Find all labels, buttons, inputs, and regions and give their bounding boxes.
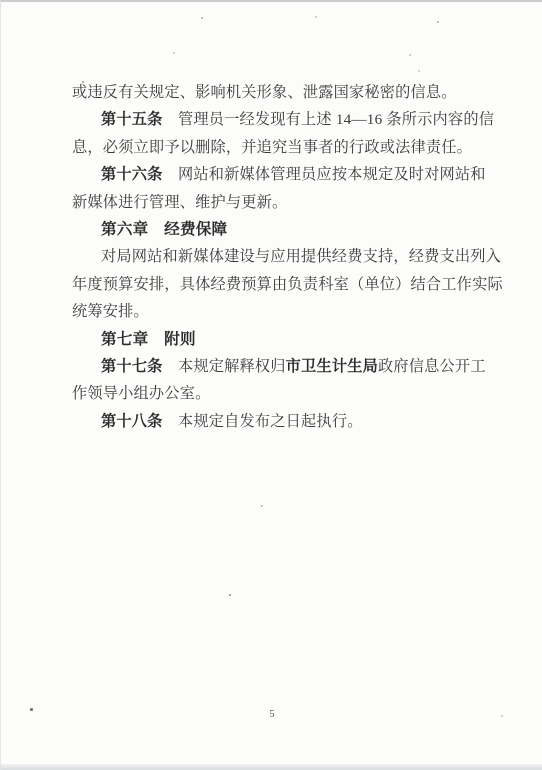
line-segment: 政府信息公开工	[378, 358, 486, 375]
line-segment: 或违反有关规定、影响机关形象、泄露国家秘密的信息。	[72, 84, 457, 101]
text-line: 作领导小组办公室。	[72, 380, 502, 407]
document-page: 或违反有关规定、影响机关形象、泄露国家秘密的信息。第十五条 管理员一经发现有上述…	[0, 0, 542, 770]
line-segment: 第十五条	[101, 111, 163, 128]
text-line: 统筹安排。	[72, 298, 502, 325]
text-line: 或违反有关规定、影响机关形象、泄露国家秘密的信息。	[72, 79, 502, 106]
line-segment: 第十六条	[101, 166, 163, 183]
line-segment: 本规定自发布之日起执行。	[163, 413, 363, 430]
text-line: 年度预算安排，具体经费预算由负责科室（单位）结合工作实际	[72, 271, 502, 298]
line-segment: 市卫生计生局	[286, 358, 378, 375]
text-line: 第十六条 网站和新媒体管理员应按本规定及时对网站和	[72, 161, 502, 188]
scan-speck	[261, 505, 263, 507]
line-segment: 统筹安排。	[72, 303, 149, 320]
line-segment: 作领导小组办公室。	[72, 385, 211, 402]
scan-speck	[409, 54, 411, 56]
line-segment: 第七章 附则	[101, 331, 196, 348]
scan-speck	[315, 16, 317, 18]
scan-speck	[30, 708, 33, 711]
text-line: 第十五条 管理员一经发现有上述 14—16 条所示内容的信	[72, 106, 502, 133]
text-line: 第十八条 本规定自发布之日起执行。	[72, 408, 502, 435]
scan-speck	[173, 52, 175, 54]
text-line: 对局网站和新媒体建设与应用提供经费支持，经费支出列入	[72, 243, 502, 270]
line-segment: 对局网站和新媒体建设与应用提供经费支持，经费支出列入	[101, 248, 501, 265]
line-segment: 本规定解释权归	[163, 358, 286, 375]
text-line: 息，必须立即予以删除，并追究当事者的行政或法律责任。	[72, 134, 502, 161]
scan-speck	[418, 70, 420, 72]
page-number: 5	[1, 709, 542, 720]
line-segment: 息，必须立即予以删除，并追究当事者的行政或法律责任。	[72, 139, 472, 156]
line-segment: 管理员一经发现有上述 14—16 条所示内容的信	[163, 111, 495, 128]
text-line: 第十七条 本规定解释权归市卫生计生局政府信息公开工	[72, 353, 502, 380]
text-line: 第七章 附则	[72, 326, 502, 353]
bottom-edge-shadow	[1, 764, 542, 770]
text-line: 第六章 经费保障	[72, 216, 502, 243]
line-segment: 第十七条	[101, 358, 163, 375]
line-segment: 年度预算安排，具体经费预算由负责科室（单位）结合工作实际	[72, 276, 503, 293]
scan-speck	[82, 81, 84, 83]
text-line: 新媒体进行管理、维护与更新。	[72, 189, 502, 216]
scan-speck	[437, 21, 439, 23]
line-segment: 新媒体进行管理、维护与更新。	[72, 194, 287, 211]
scan-speck	[201, 17, 203, 19]
line-segment: 第十八条	[101, 413, 163, 430]
scan-speck	[501, 715, 503, 717]
document-text: 或违反有关规定、影响机关形象、泄露国家秘密的信息。第十五条 管理员一经发现有上述…	[72, 79, 502, 435]
scan-speck	[229, 594, 231, 596]
line-segment: 网站和新媒体管理员应按本规定及时对网站和	[163, 166, 486, 183]
line-segment: 第六章 经费保障	[101, 221, 227, 238]
